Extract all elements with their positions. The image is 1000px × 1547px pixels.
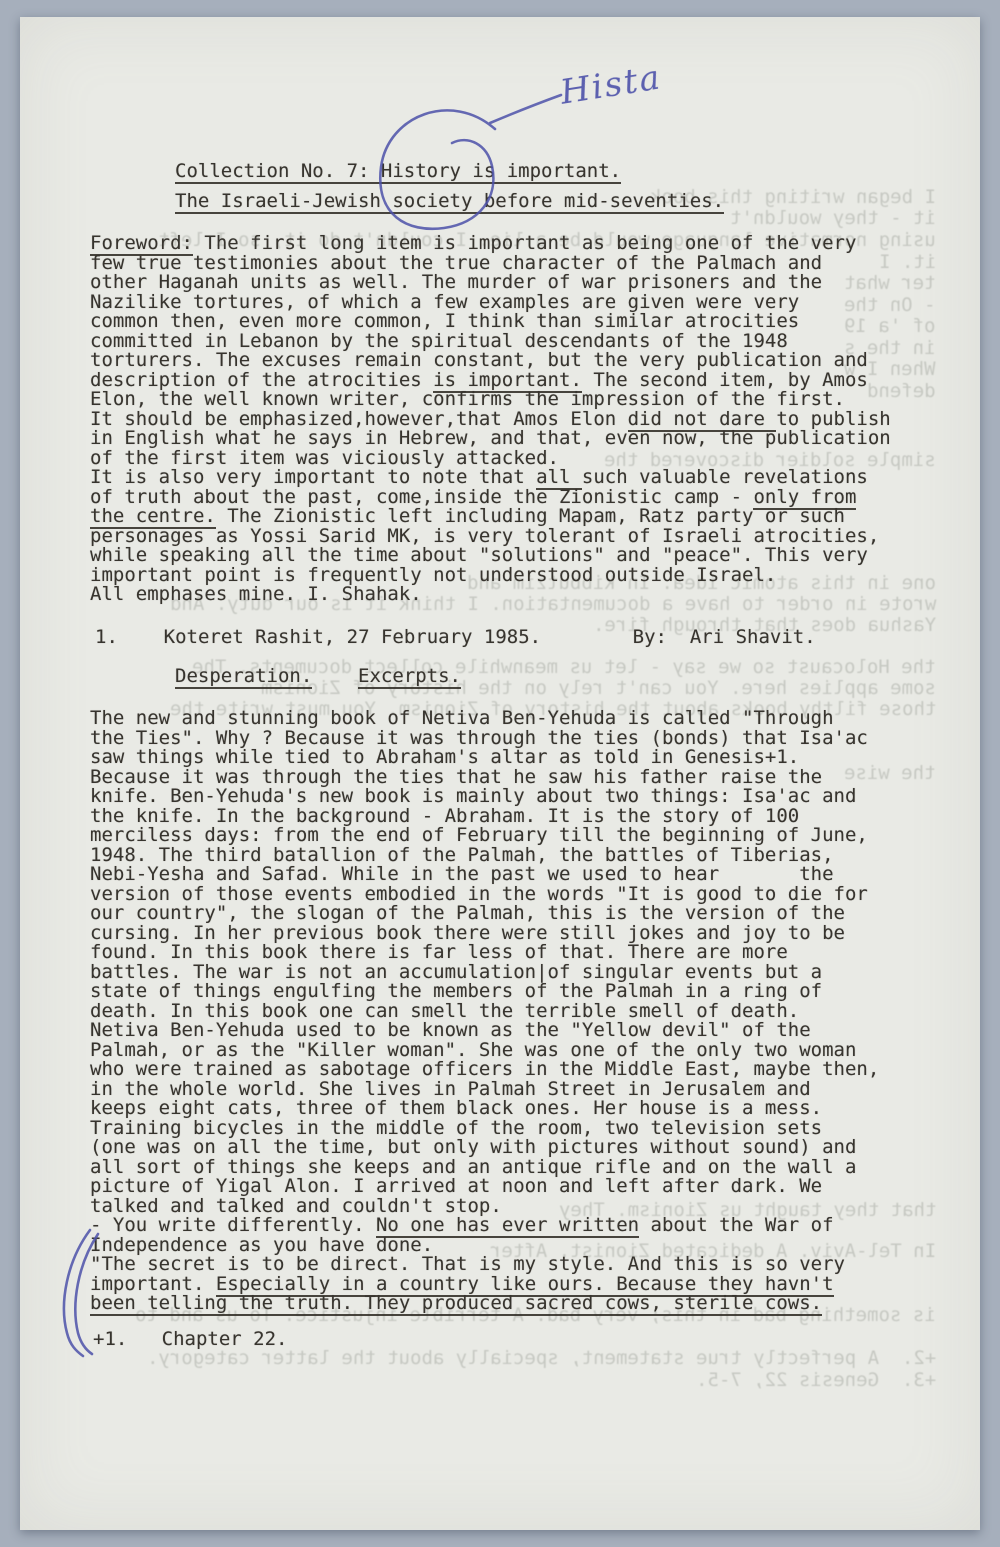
pen-connector-line [490,95,561,123]
handwritten-annotation: Hista [557,57,664,112]
bleedthrough-line: +3. Genesis 22, 7-5. [696,1371,936,1391]
typewritten-line: Collection No. 7: History is important. [175,156,724,186]
typewritten-line: All emphases mine. I. Shahak. [90,585,891,605]
typewritten-line: been telling the truth. They produced sa… [90,1294,879,1314]
typewritten-line: Desperation. Excerpts. [175,667,461,687]
bleedthrough-line: it - they wouldn't [730,209,936,229]
bleedthrough-line: +2. A perfectly true statement, speciall… [147,1349,936,1369]
scanned-document-page: { "page": { "background_color": "#a6afbc… [0,0,1000,1547]
article-body: The new and stunning book of Netiva Ben-… [90,709,879,1314]
footnote: +1. Chapter 22. [93,1330,287,1350]
pen-margin-bracket-outer [64,1230,90,1356]
section-subheading: Desperation. Excerpts. [175,667,461,687]
paper-sheet: I began writing this bookit - they would… [20,17,980,1530]
foreword-paragraph: Foreword: The first long item is importa… [90,234,891,605]
typewritten-line: The Israeli-Jewish society before mid-se… [175,186,724,216]
item-heading: 1. Koteret Rashit, 27 February 1985. By:… [95,628,816,648]
page-title: Collection No. 7: History is important.T… [175,156,724,216]
typewritten-line: 1. Koteret Rashit, 27 February 1985. By:… [95,628,816,648]
typewritten-line: +1. Chapter 22. [93,1330,287,1350]
